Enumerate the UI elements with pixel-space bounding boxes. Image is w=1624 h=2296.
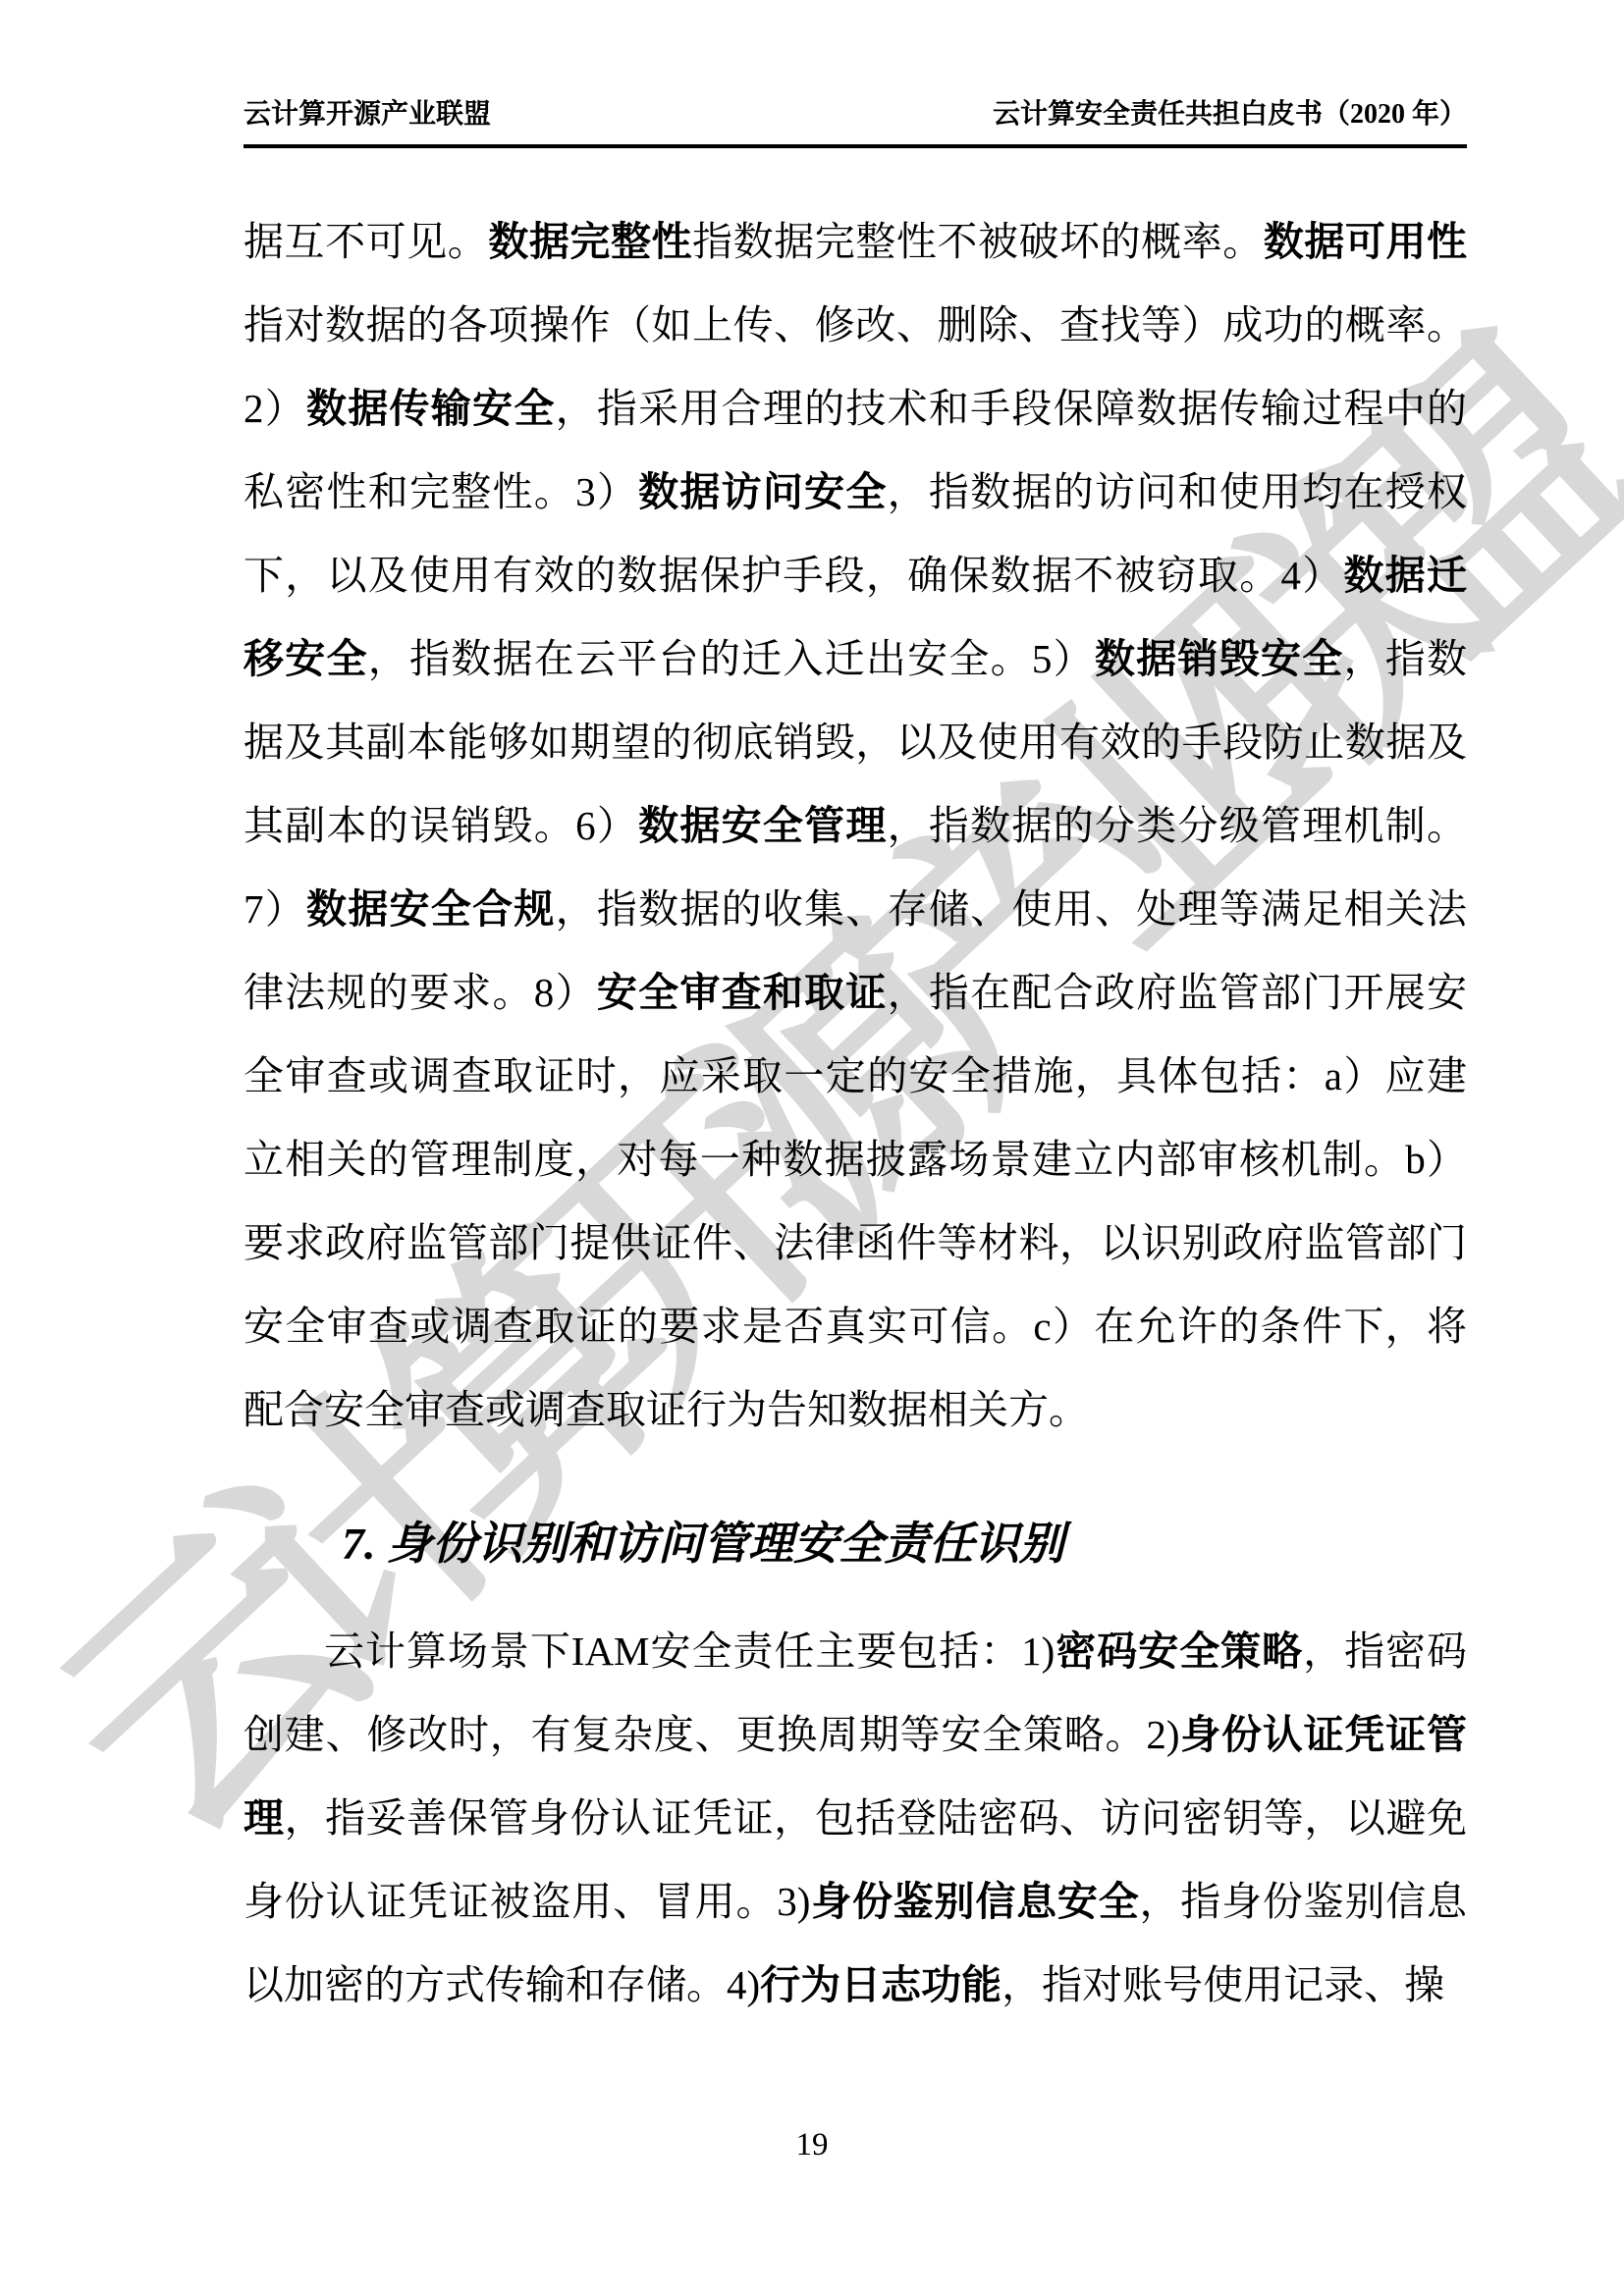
bold-term: 行为日志功能 — [760, 1962, 1001, 2007]
bold-term: 数据安全管理 — [638, 803, 888, 848]
text-run: 指数据完整性不被破坏的概率。 — [692, 219, 1264, 264]
text-run: ，指对账号使用记录、操 — [1001, 1962, 1444, 2007]
document-page: 云计算开源产业联盟 云计算开源产业联盟 云计算安全责任共担白皮书（2020 年）… — [0, 0, 1624, 2296]
text-run: ，指数据在云平台的迁入迁出安全。5） — [368, 636, 1095, 681]
page-number: 19 — [0, 2126, 1624, 2163]
bold-term: 身份鉴别信息安全 — [810, 1879, 1139, 1924]
section-heading-7: 7. 身份识别和访问管理安全责任识别 — [342, 1515, 1064, 1574]
paragraph-iam-security: 云计算场景下IAM安全责任主要包括：1)密码安全策略，指密码创建、修改时，有复杂… — [244, 1610, 1467, 2027]
paragraph-data-security: 据互不可见。数据完整性指数据完整性不被破坏的概率。数据可用性指对数据的各项操作（… — [244, 200, 1467, 1452]
text-run: ，指在配合政府监管部门开展安全审查或调查取证时，应采取一定的安全措施，具体包括：… — [244, 970, 1467, 1432]
bold-term: 密码安全策略 — [1055, 1629, 1303, 1674]
bold-term: 数据可用性 — [1264, 219, 1467, 264]
bold-term: 数据销毁安全 — [1095, 636, 1344, 681]
bold-term: 数据完整性 — [488, 219, 692, 264]
bold-term: 安全审查和取证 — [597, 970, 888, 1015]
bold-term: 数据安全合规 — [306, 886, 556, 932]
bold-term: 数据传输安全 — [306, 386, 556, 431]
header-right-title: 云计算安全责任共担白皮书（2020 年） — [993, 98, 1467, 132]
bold-term: 数据访问安全 — [638, 469, 888, 514]
text-run: 据互不可见。 — [244, 219, 488, 264]
page-header: 云计算开源产业联盟 云计算安全责任共担白皮书（2020 年） — [244, 98, 1467, 148]
header-left-title: 云计算开源产业联盟 — [244, 98, 491, 132]
text-run: 云计算场景下IAM安全责任主要包括：1) — [324, 1629, 1055, 1674]
